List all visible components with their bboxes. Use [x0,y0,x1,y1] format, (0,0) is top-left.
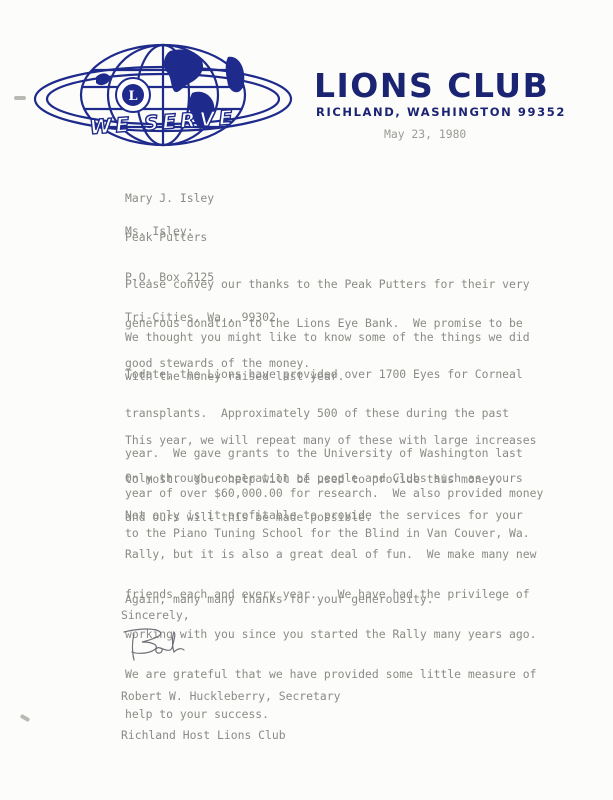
closing: Sincerely, [121,609,190,622]
signer-block: Robert W. Huckleberry, Secretary Richlan… [121,663,340,769]
body-line: Rally, but it is also a great deal of fu… [125,548,536,561]
letter-date: May 23, 1980 [384,128,466,141]
body-line: Not only is it profitable to provide the… [125,509,536,522]
signer-organization: Richland Host Lions Club [121,729,340,742]
organization-name: LIONS CLUB [314,66,549,105]
lions-globe-logo: L WE SERVE [32,43,294,147]
body-line: Todate, the Lions have provided over 170… [125,368,543,381]
svg-text:L: L [128,89,137,104]
recipient-line: Mary J. Isley [125,192,276,205]
punch-hole-mark [14,96,26,100]
letter-page: L WE SERVE LIONS CLUB RICHLAND, WASHINGT… [0,0,613,800]
salutation: Ms. Isley: [125,225,194,238]
body-line: Again, many many thanks for your generou… [125,593,434,606]
punch-hole-mark [20,714,31,722]
body-line: Please convey our thanks to the Peak Put… [125,278,530,291]
body-paragraph: Again, many many thanks for your generou… [125,566,434,632]
organization-address: RICHLAND, WASHINGTON 99352 [316,105,566,119]
handwritten-signature [120,626,200,662]
signer-name: Robert W. Huckleberry, Secretary [121,690,340,703]
